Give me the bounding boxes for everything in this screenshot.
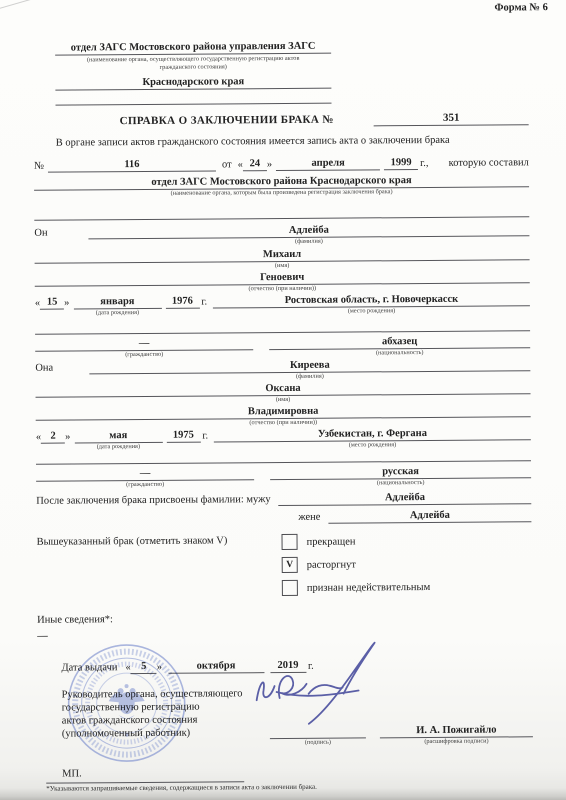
issue-month: октября [168,659,264,674]
year-abbr: г. [308,660,314,673]
signature-line [270,724,366,739]
husband-surname-field: Адлейба (фамилия) [88,222,529,248]
issuing-org-name: отдел ЗАГС Мостовского района управления… [55,40,331,56]
quote-close: » [157,661,162,674]
signature-field: (подпись) [270,724,366,748]
act-day: 24 [243,157,267,171]
birth-date-caption: (дата рождения) [74,443,162,453]
act-number: 116 [48,157,216,172]
husband-birth-place-field: Ростовская область, г. Новочеркасск (мес… [213,292,530,317]
certificate-page: Форма № 6 отдел ЗАГС Мостовского района … [0,0,566,800]
year-abbr: г. [201,296,207,309]
wife-citizenship-field: — (гражданство) [36,466,254,491]
scan-edge-shadow [0,788,566,800]
quote-close: » [267,158,272,171]
after-marriage-wife-row: жене Адлейба [36,508,531,525]
issuing-org-caption: (наименование органа, осуществляющего го… [75,55,311,73]
husband-birth-day: 15 [40,296,64,310]
certificate-title: СПРАВКА О ЗАКЛЮЧЕНИИ БРАКА № [120,114,334,128]
official-role-line4: (уполномоченный работник) [62,726,262,740]
husband-nationality-field: абхазец (национальность) [269,334,530,359]
marriage-status-options: прекращен V расторгнут признан недействи… [281,533,430,596]
composed-by-label: которую составил [449,156,529,170]
wife-birth-month: мая [74,429,162,444]
after-marriage-wife-surname: Адлейба [328,508,531,523]
checkbox-dissolved: V [282,557,298,573]
wife-birth-year-field: 1975 [166,429,200,452]
nationality-caption: (национальность) [270,478,531,489]
title-row: СПРАВКА О ЗАКЛЮЧЕНИИ БРАКА № 351 [34,111,529,128]
year-abbr: г. [202,430,208,443]
wife-birth-place-field: Узбекистан, г. Фергана (место рождения) [214,426,531,451]
birth-place-caption: (место рождения) [213,306,530,317]
marriage-status-group: Вышеуказанный брак (отметить знаком V) п… [37,532,532,597]
checkbox-invalid [282,580,298,596]
status-option-dissolved: V расторгнут [282,556,430,573]
wife-citizenship: — [36,466,254,482]
wife-birth-day-field: 2 [41,430,65,453]
signature-name-caption: (расшифровка подписи) [380,737,533,747]
from-label: от [222,158,232,171]
after-marriage-husband-surname: Адлейба [279,490,532,506]
wife-birth-year: 1975 [166,429,200,443]
wife-surname-field: Киреева (фамилия) [89,357,530,383]
issuing-org-region: Краснодарского края [55,75,331,91]
quote-close: » [65,430,70,443]
issue-date-row: Дата выдачи « 5 » октября 2019 г. [37,657,532,674]
official-block: Руководитель органа, осуществляющего гос… [38,685,533,749]
husband-birth-day-field: 15 [40,296,64,319]
form-number-label: Форма № 6 [494,1,547,14]
wife-birth-month-field: мая (дата рождения) [74,429,162,453]
act-number-row: № 116 от « 24 » апреля 1999 г., которую … [34,155,529,172]
issue-year: 2019 [270,659,306,673]
husband-citizenship-row: — (гражданство) абхазец (национальность) [35,334,530,360]
issue-date-label: Дата выдачи [61,661,117,674]
issuing-org-block: отдел ЗАГС Мостовского района управления… [55,40,331,106]
birth-date-caption: (дата рождения) [73,309,161,319]
wife-nationality-field: русская (национальность) [270,464,531,489]
official-role: Руководитель органа, осуществляющего гос… [62,687,262,740]
registering-org-field: отдел ЗАГС Мостовского района Краснодарс… [34,173,529,199]
husband-birth-month-field: января (дата рождения) [73,295,161,319]
issuing-org-blank-line [55,90,331,106]
husband-citizenship: — [35,336,253,352]
wife-firstname-field: Оксана (имя) [35,380,530,406]
wife-label: жене [298,511,320,524]
quote-close: » [64,296,69,309]
husband-birth-year-field: 1976 [165,295,199,318]
year-abbr: г., [420,157,428,170]
wife-surname-row: Она Киреева (фамилия) [35,357,530,383]
certificate-number: 351 [374,111,529,126]
status-option-dissolved-label: расторгнут [307,558,356,571]
checkbox-terminated [281,534,297,550]
husband-surname-row: Он Адлейба (фамилия) [34,222,529,248]
blank-line-1 [34,203,529,220]
blank-line-2 [35,317,530,334]
other-info-value: — [37,626,532,642]
wife-citizenship-row: — (гражданство) русская (национальность) [36,464,531,490]
intro-text: В органе записи актов гражданского состо… [34,133,529,149]
issue-day: 5 [131,660,157,674]
citizenship-caption: (гражданство) [36,480,254,491]
husband-birth-year: 1976 [165,295,199,309]
status-option-invalid: признан недействительным [282,579,430,596]
wife-pronoun: Она [35,361,89,374]
act-month: апреля [276,156,380,171]
other-info-label: Иные сведения*: [37,610,532,626]
signature-caption: (подпись) [270,738,366,748]
after-marriage-husband-row: После заключения брака присвоены фамилии… [36,490,531,507]
wife-patronymic-field: Владимировна (отчество (при наличии)) [36,403,531,429]
husband-patronymic-field: Геноевич (отчество (при наличии)) [35,269,530,295]
after-marriage-label: После заключения брака присвоены фамилии… [36,493,270,508]
act-year: 1999 [384,156,418,170]
husband-citizenship-field: — (гражданство) [35,336,253,361]
status-option-terminated-label: прекращен [307,535,356,548]
wife-birth-row: « 2 » мая (дата рождения) 1975 г. Узбеки… [36,426,531,452]
status-option-terminated: прекращен [281,533,429,550]
husband-birth-month: января [73,295,161,310]
stamp-place-label: МП. [62,764,533,780]
official-role-line1: Руководитель органа, осуществляющего [62,687,262,701]
husband-pronoun: Он [34,226,88,239]
husband-firstname-field: Михаил (имя) [35,246,530,272]
status-option-invalid-label: признан недействительным [307,580,430,594]
document-content: Форма № 6 отдел ЗАГС Мостовского района … [0,0,566,800]
wife-birth-day: 2 [41,430,65,444]
official-name: И. А. Пожигайло [380,723,533,738]
husband-birth-row: « 15 » января (дата рождения) 1976 г. Ро… [35,292,530,318]
numero-sign: № [34,160,44,173]
marriage-status-label: Вышеуказанный брак (отметить знаком V) [37,534,282,598]
official-name-field: И. А. Пожигайло (расшифровка подписи) [380,723,533,747]
